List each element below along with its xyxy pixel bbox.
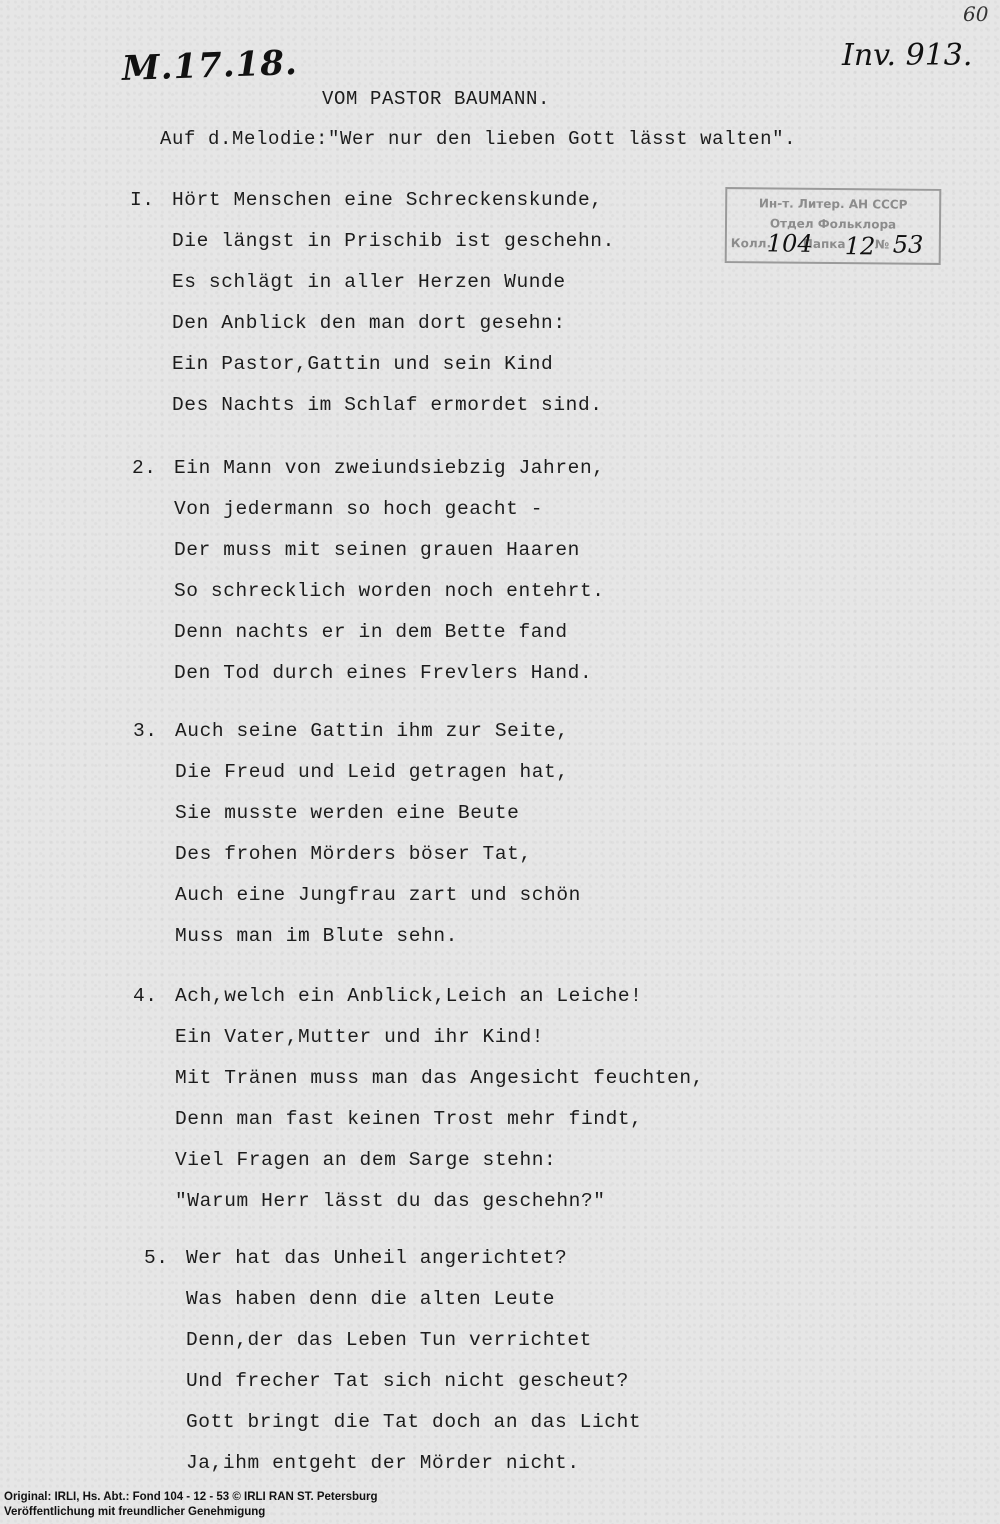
verse-line: Hört Menschen eine Schreckenskunde, [172, 180, 615, 221]
archive-stamp: Ин-т. Литер. АН СССР Отдел Фольклора Кол… [725, 187, 942, 265]
stanza-number: I. [130, 180, 155, 221]
verse-line: Was haben denn die alten Leute [186, 1279, 641, 1320]
copyright-footer: Original: IRLI, Hs. Abt.: Fond 104 - 12 … [0, 1490, 1000, 1520]
stanza-number: 5. [144, 1238, 169, 1279]
verse-line: Denn man fast keinen Trost mehr findt, [175, 1099, 704, 1140]
handwritten-shelfmark: M.17.18. [121, 43, 298, 89]
verse-line: Den Anblick den man dort gesehn: [172, 303, 615, 344]
verse-line: Denn nachts er in dem Bette fand [174, 612, 605, 653]
verse-line: Des Nachts im Schlaf ermordet sind. [172, 385, 615, 426]
stanza-number: 3. [133, 711, 158, 752]
verse-line: Ein Mann von zweiundsiebzig Jahren, [174, 448, 605, 489]
verse-line: Des frohen Mörders böser Tat, [175, 834, 581, 875]
stanza: 5.Wer hat das Unheil angerichtet?Was hab… [186, 1238, 641, 1484]
handwritten-inventory-number: Inv. 913. [842, 38, 972, 73]
verse-line: Ein Pastor,Gattin und sein Kind [172, 344, 615, 385]
stanza: I.Hört Menschen eine Schreckenskunde,Die… [172, 180, 615, 426]
verse-line: Von jedermann so hoch geacht - [174, 489, 605, 530]
verse-line: Gott bringt die Tat doch an das Licht [186, 1402, 641, 1443]
verse-line: Ein Vater,Mutter und ihr Kind! [175, 1017, 704, 1058]
stanza-number: 2. [132, 448, 157, 489]
verse-line: Den Tod durch eines Frevlers Hand. [174, 653, 605, 694]
stamp-label-collection: Колл. [731, 236, 771, 250]
stamp-folder-value: 12 [845, 232, 876, 260]
verse-line: Der muss mit seinen grauen Haaren [174, 530, 605, 571]
verse-line: Die längst in Prischib ist geschehn. [172, 221, 615, 262]
folio-number: 60 [963, 2, 988, 26]
stanza: 4.Ach,welch ein Anblick,Leich an Leiche!… [175, 976, 704, 1222]
footer-permission: Veröffentlichung mit freundlicher Genehm… [4, 1505, 1000, 1520]
footer-source: Original: IRLI, Hs. Abt.: Fond 104 - 12 … [4, 1490, 1000, 1505]
stamp-label-number: № [875, 234, 890, 254]
stamp-number-value: 53 [893, 231, 924, 259]
stanza-number: 4. [133, 976, 158, 1017]
verse-line: So schrecklich worden noch entehrt. [174, 571, 605, 612]
verse-line: Auch eine Jungfrau zart und schön [175, 875, 581, 916]
stamp-institute: Ин-т. Литер. АН СССР [727, 193, 939, 215]
verse-line: Ja,ihm entgeht der Mörder nicht. [186, 1443, 641, 1484]
melody-note: Auf d.Melodie:"Wer nur den lieben Gott l… [160, 128, 796, 150]
verse-line: Die Freud und Leid getragen hat, [175, 752, 581, 793]
stanza: 2.Ein Mann von zweiundsiebzig Jahren,Von… [174, 448, 605, 694]
stamp-collection-value: 104 [767, 229, 813, 257]
verse-line: Es schlägt in aller Herzen Wunde [172, 262, 615, 303]
verse-line: Auch seine Gattin ihm zur Seite, [175, 711, 581, 752]
verse-line: "Warum Herr lässt du das geschehn?" [175, 1181, 704, 1222]
verse-line: Und frecher Tat sich nicht gescheut? [186, 1361, 641, 1402]
document-title: VOM PASTOR BAUMANN. [322, 88, 550, 110]
verse-line: Sie musste werden eine Beute [175, 793, 581, 834]
verse-line: Mit Tränen muss man das Angesicht feucht… [175, 1058, 704, 1099]
verse-line: Ach,welch ein Anblick,Leich an Leiche! [175, 976, 704, 1017]
verse-line: Muss man im Blute sehn. [175, 916, 581, 957]
stanza: 3.Auch seine Gattin ihm zur Seite,Die Fr… [175, 711, 581, 957]
verse-line: Denn,der das Leben Tun verrichtet [186, 1320, 641, 1361]
verse-line: Viel Fragen an dem Sarge stehn: [175, 1140, 704, 1181]
verse-line: Wer hat das Unheil angerichtet? [186, 1238, 641, 1279]
